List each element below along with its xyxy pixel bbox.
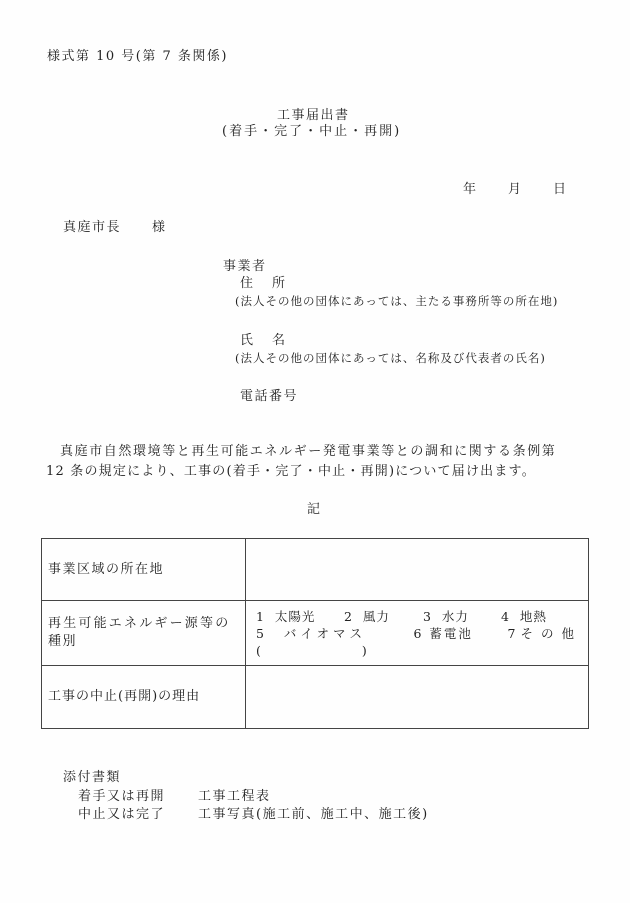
day-label: 日 <box>553 183 566 196</box>
other-specify-field[interactable]: ( ) <box>256 642 582 659</box>
option-hydro[interactable]: 3 水力 <box>423 608 501 625</box>
attachment-condition-2: 中止又は完了 <box>78 808 165 821</box>
option-biomass[interactable]: 5 バイオマス <box>256 625 413 642</box>
suspension-reason-value[interactable] <box>246 666 589 729</box>
applicant-heading: 事業者 <box>223 260 267 273</box>
suspension-reason-label: 工事の中止(再開)の理由 <box>42 666 246 729</box>
name-label: 氏 名 <box>240 334 288 347</box>
addressee-name: 真庭市長 <box>63 221 121 234</box>
body-line-1: 真庭市自然環境等と再生可能エネルギー発電事業等との調和に関する条例第 <box>60 445 556 458</box>
addressee-honorific: 様 <box>152 221 165 234</box>
attachment-condition-1: 着手又は再開 <box>78 790 165 803</box>
body-line-2: 12 条の規定により、工事の(着手・完了・中止・再開)について届け出ます。 <box>46 465 536 478</box>
option-geothermal[interactable]: 4 地熱 <box>501 608 581 625</box>
document-title: 工事届出書 <box>277 109 350 122</box>
address-label: 住 所 <box>240 277 288 290</box>
year-label: 年 <box>463 183 476 196</box>
form-number: 様式第 10 号(第 7 条関係) <box>47 50 228 63</box>
project-area-location-label: 事業区域の所在地 <box>42 539 246 601</box>
document-subtitle: (着手・完了・中止・再開) <box>222 125 401 138</box>
attachment-document-2: 工事写真(施工前、施工中、施工後) <box>198 808 429 821</box>
project-area-location-value[interactable] <box>246 539 589 601</box>
details-table: 事業区域の所在地 再生可能エネルギー源等の 種別 1 太陽光 2 風力 3 水力… <box>41 538 589 729</box>
ki-heading: 記 <box>307 503 320 516</box>
table-row: 再生可能エネルギー源等の 種別 1 太陽光 2 風力 3 水力 4 地熱 5 バ… <box>42 601 589 666</box>
name-note: (法人その他の団体にあっては、名称及び代表者の氏名) <box>235 353 546 365</box>
phone-label: 電話番号 <box>240 390 298 403</box>
option-solar[interactable]: 1 太陽光 <box>256 608 344 625</box>
option-wind[interactable]: 2 風力 <box>344 608 423 625</box>
energy-type-label: 再生可能エネルギー源等の 種別 <box>42 601 246 666</box>
energy-type-options: 1 太陽光 2 風力 3 水力 4 地熱 5 バイオマス 6 蓄電池 7その他 … <box>246 601 589 666</box>
attachments-heading: 添付書類 <box>63 771 121 784</box>
table-row: 事業区域の所在地 <box>42 539 589 601</box>
option-other[interactable]: 7その他 <box>500 625 582 642</box>
option-battery[interactable]: 6 蓄電池 <box>413 625 499 642</box>
table-row: 工事の中止(再開)の理由 <box>42 666 589 729</box>
month-label: 月 <box>508 183 521 196</box>
address-note: (法人その他の団体にあっては、主たる事務所等の所在地) <box>235 296 558 308</box>
attachment-document-1: 工事工程表 <box>198 790 271 803</box>
